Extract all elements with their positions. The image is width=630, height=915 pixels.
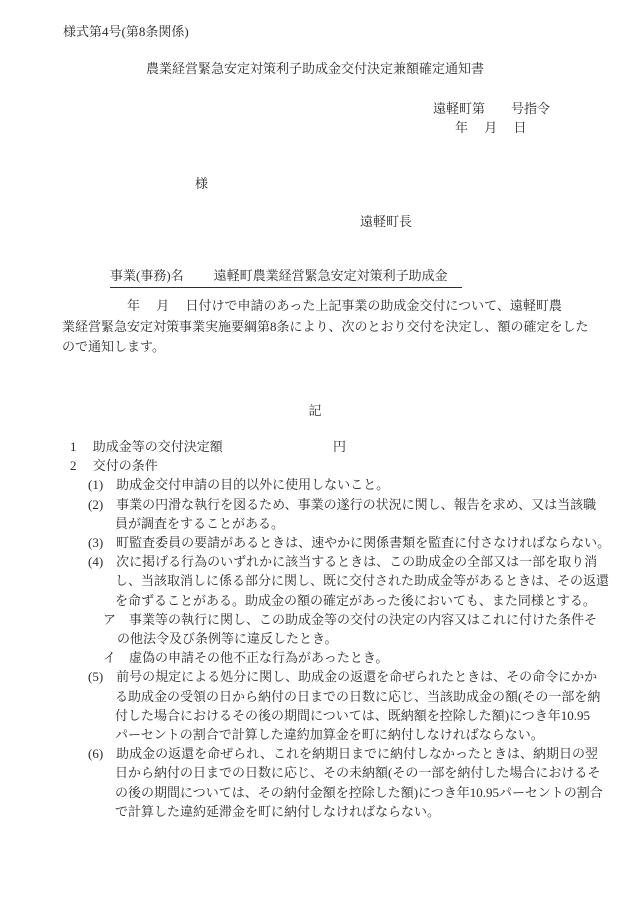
condition-line: し、当該取消しに係る部分に関し、既に交付された助成金等があるときは、その返還	[0, 571, 630, 590]
condition-line: 員が調査をすることがある。	[0, 514, 630, 533]
condition-line: (4) 次に掲げる行為のいずれかに該当するときは、この助成金の全部又は一部を取り…	[0, 552, 630, 571]
condition-line: (1) 助成金交付申請の目的以外に使用しないこと。	[0, 475, 630, 494]
condition-line: る助成金の受領の日から納付の日までの日数に応じ、当該助成金の額(その一部を納	[0, 687, 630, 706]
project-name-value: 遠軽町農業経営緊急安定対策利子助成金	[214, 268, 448, 283]
condition-line: (6) 助成金の返還を命ぜられ、これを納期日までに納付しなかったときは、納期日の…	[0, 744, 630, 763]
condition-line: パーセントの割合で計算した違約加算金を町に納付しなければならない。	[0, 725, 630, 744]
condition-subitem-line: イ 虚偽の申請その他不正な行為があったとき。	[0, 648, 630, 667]
body-line: 業経営緊急安定対策事業実施要綱第8条により、次のとおり交付を決定し、額の確定をし…	[62, 317, 587, 338]
section-marker: 記	[0, 400, 630, 419]
addressee-honorific: 様	[195, 173, 208, 192]
condition-line: で計算した違約延滞金を町に納付しなければならない。	[0, 802, 630, 821]
notice-document-page: 様式第4号(第8条関係) 農業経営緊急安定対策利子助成金交付決定兼額確定通知書 …	[0, 0, 630, 915]
condition-line: 日から納付の日までの日数に応じ、その未納額(その一部を納付した場合におけるそ	[0, 763, 630, 782]
form-number: 様式第4号(第8条関係)	[63, 21, 189, 40]
condition-subitem-line: ア 事業等の執行に関し、この助成金等の交付の決定の内容又はこれに付けた条件そ	[0, 610, 630, 629]
project-name-row: 事業(事務)名遠軽町農業経営緊急安定対策利子助成金	[110, 265, 462, 288]
body-line: ので通知します。	[62, 337, 587, 358]
condition-line: を命ずることがある。助成金の額の確定があった後においても、また同様とする。	[0, 591, 630, 610]
issuer-title: 遠軽町長	[360, 211, 412, 230]
condition-line: 付した場合におけるその後の期間については、既納額を控除した額)につき年10.95	[0, 706, 630, 725]
body-paragraph: 年 月 日付けで申請のあった上記事業の助成金交付について、遠軽町農 業経営緊急安…	[62, 296, 587, 358]
directive-number: 遠軽町第 号指令	[433, 98, 550, 117]
project-name-label: 事業(事務)名	[110, 268, 184, 283]
directive-date: 年 月 日	[455, 117, 527, 136]
condition-line: の後の期間については、その納付金額を控除した額)につき年10.95パーセントの割…	[0, 783, 630, 802]
condition-line: (3) 町監査委員の要請があるときは、速やかに関係書類を監査に付さなければならな…	[0, 533, 630, 552]
condition-line: (2) 事業の円滑な執行を図るため、事業の遂行の状況に関し、報告を求め、又は当該…	[0, 495, 630, 514]
body-line: 年 月 日付けで申請のあった上記事業の助成金交付について、遠軽町農	[62, 296, 587, 317]
amount-unit: 円	[333, 437, 346, 456]
amount-label: 1 助成金等の交付決定額	[70, 439, 223, 454]
condition-subitem-line: の他法令及び条例等に違反したとき。	[0, 629, 630, 648]
condition-line: (5) 前号の規定による処分に関し、助成金の返還を命ぜられたときは、その命令にか…	[0, 667, 630, 686]
conditions-heading: 2 交付の条件	[0, 456, 630, 475]
document-title: 農業経営緊急安定対策利子助成金交付決定兼額確定通知書	[0, 58, 630, 77]
amount-row: 1 助成金等の交付決定額円	[0, 437, 630, 456]
record-section: 1 助成金等の交付決定額円 2 交付の条件 (1) 助成金交付申請の目的以外に使…	[0, 437, 630, 821]
